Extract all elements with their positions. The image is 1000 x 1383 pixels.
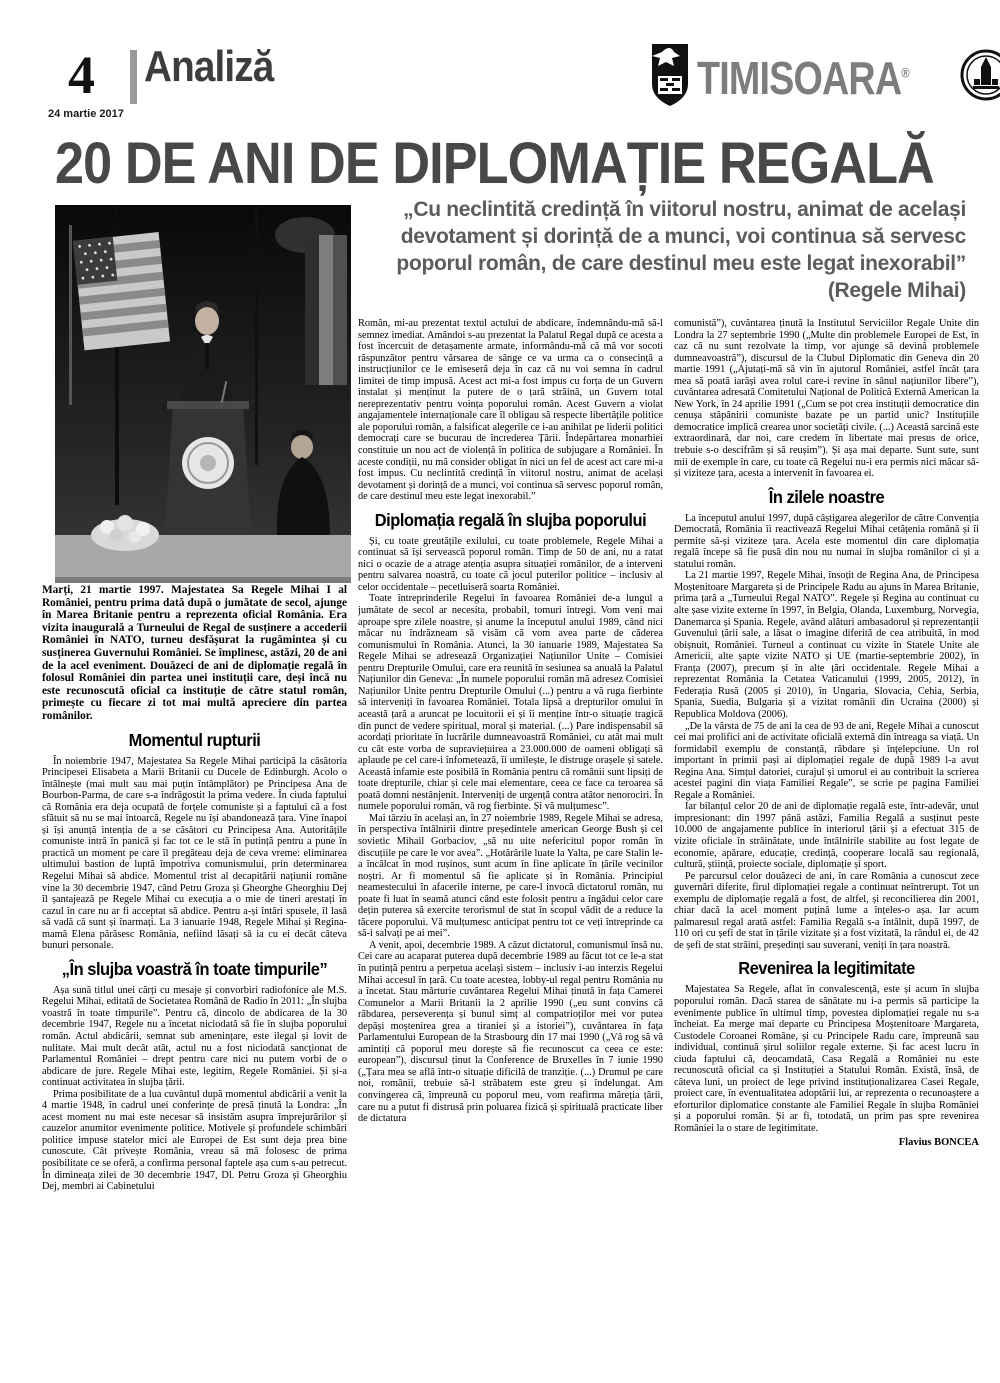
article-lede: Marți, 21 martie 1997. Majestatea Sa Reg… bbox=[42, 584, 347, 723]
article-paragraph: Toate întreprinderile Regelui în favoare… bbox=[358, 593, 663, 812]
article-paragraph: Pe parcursul celor douăzeci de ani, în c… bbox=[674, 871, 979, 952]
article-body: Marți, 21 martie 1997. Majestatea Sa Reg… bbox=[42, 318, 980, 1352]
article-paragraph: La începutul anului 1997, după câștigare… bbox=[674, 513, 979, 571]
coat-of-arms-icon bbox=[648, 42, 692, 113]
issue-date: 24 martie 2017 bbox=[48, 108, 124, 120]
newspaper-brand: TIMISOARA® bbox=[648, 42, 1000, 113]
brand-logo: TIMISOARA® bbox=[697, 51, 909, 105]
section-name: Analiză bbox=[144, 42, 273, 92]
article-paragraph: Prima posibilitate de a lua cuvântul dup… bbox=[42, 1089, 347, 1193]
article-headline: 20 DE ANI DE DIPLOMAȚIE REGALĂ bbox=[55, 130, 934, 197]
section-heading: În zilele noastre bbox=[683, 487, 970, 508]
column-left: Marți, 21 martie 1997. Majestatea Sa Reg… bbox=[42, 318, 347, 1352]
city-seal-icon bbox=[960, 49, 1000, 106]
newspaper-page: 4 Analiză 24 martie 2017 TIMISOARA® bbox=[0, 0, 1000, 1383]
article-paragraph: Și, cu toate greutățile exilului, cu toa… bbox=[358, 536, 663, 594]
column-right: comunistă”), cuvântarea ținută la Instit… bbox=[674, 318, 979, 1352]
section-divider bbox=[130, 50, 137, 104]
section-heading: Revenirea la legitimitate bbox=[683, 958, 970, 979]
article-paragraph: Așa sună titlul unei cărți cu mesaje și … bbox=[42, 985, 347, 1089]
lead-quote: „Cu neclintită credință în viitorul nost… bbox=[352, 196, 966, 304]
section-heading: Momentul rupturii bbox=[51, 730, 338, 751]
article-paragraph: Român, mi-au prezentat textul actului de… bbox=[358, 318, 663, 503]
article-paragraph: Mai târziu în același an, în 27 noiembri… bbox=[358, 813, 663, 940]
article-paragraph: Majestatea Sa Regele, aflat în convalesc… bbox=[674, 984, 979, 1134]
article-paragraph: A venit, apoi, decembrie 1989. A căzut d… bbox=[358, 940, 663, 1125]
article-paragraph: „De la vârsta de 75 de ani la cea de 93 … bbox=[674, 721, 979, 802]
article-paragraph: La 21 martie 1997, Regele Mihai, însoțit… bbox=[674, 570, 979, 720]
article-paragraph: Iar bilanțul celor 20 de ani de diplomaț… bbox=[674, 801, 979, 870]
column-middle: Român, mi-au prezentat textul actului de… bbox=[358, 318, 663, 1352]
article-byline: Flavius BONCEA bbox=[674, 1137, 979, 1148]
article-paragraph: În noiembrie 1947, Majestatea Sa Regele … bbox=[42, 756, 347, 952]
article-paragraph: comunistă”), cuvântarea ținută la Instit… bbox=[674, 318, 979, 480]
section-heading: Diplomația regală în slujba poporului bbox=[367, 510, 654, 531]
registered-mark: ® bbox=[901, 64, 909, 80]
page-number: 4 bbox=[68, 44, 95, 106]
section-heading: „În slujba voastră în toate timpurile” bbox=[51, 959, 338, 980]
